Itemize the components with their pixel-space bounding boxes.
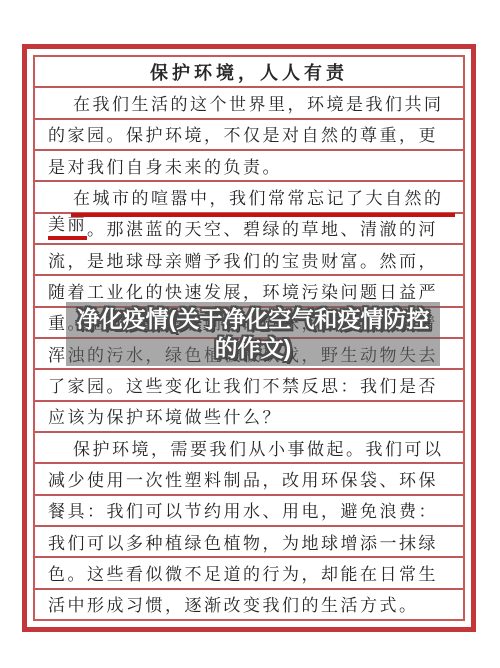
overlay-title-line-2: 的作文) [215,334,292,363]
overlay-title-line-1: 净化疫情(关于净化空气和疫情防控 [77,305,430,334]
red-underlined-word: 美丽 [48,216,87,240]
essay-line-text: 餐具：我们可以节约用水、用电，避免浪费： [48,503,438,522]
essay-line: 的家园。保护环境，不仅是对自然的尊重，更 [35,120,463,151]
essay-line-text: 减少使用一次性塑料制品，改用环保袋、环保 [48,472,438,491]
essay-line: 美丽。那湛蓝的天空、碧绿的草地、清澈的河 [35,214,463,245]
essay-line-underlined: 在城市的喧嚣中，我们常常忘记了大自然的 [35,182,463,213]
essay-line-text: 随着工业化的快速发展，环境污染问题日益严 [48,284,438,303]
essay-line-text: 是对我们自身未来的负责。 [48,159,282,178]
essay-title: 保护环境，人人有责 [150,64,348,84]
essay-line-text: 应该为保护环境做些什么？ [48,409,282,428]
essay-line: 色。这些看似微不足道的行为，却能在日常生 [35,558,463,589]
essay-line: 活中形成习惯，逐渐改变我们的生活方式。 [35,590,463,619]
essay-line: 是对我们自身未来的负责。 [35,151,463,182]
essay-line-text: 。那湛蓝的天空、碧绿的草地、清澈的河 [87,221,438,240]
essay-line: 应该为保护环境做些什么？ [35,402,463,433]
essay-line-text: 活中形成习惯，逐渐改变我们的生活方式。 [48,597,419,616]
essay-line-text: 的家园。保护环境，不仅是对自然的尊重，更 [48,127,438,146]
essay-line-text: 在城市的喧嚣中，我们常常忘记了大自然的 [73,190,444,209]
essay-line-text: 我们可以多种植绿色植物，为地球增添一抹绿 [48,535,438,554]
essay-line: 在我们生活的这个世界里，环境是我们共同 [35,88,463,119]
essay-line-text: 色。这些看似微不足道的行为，却能在日常生 [48,566,438,585]
essay-line-text: 在我们生活的这个世界里，环境是我们共同 [73,96,444,115]
essay-line: 我们可以多种植绿色植物，为地球增添一抹绿 [35,527,463,558]
essay-line: 流，是地球母亲赠予我们的宝贵财富。然而， [35,245,463,276]
essay-line-text: 保护环境，需要我们从小事做起。我们可以 [73,441,444,460]
essay-line-text: 了家园。这些变化让我们不禁反思：我们是否 [48,378,438,397]
essay-line: 保护环境，需要我们从小事做起。我们可以 [35,433,463,464]
essay-line: 了家园。这些变化让我们不禁反思：我们是否 [35,370,463,401]
essay-title-row: 保护环境，人人有责 [35,57,463,88]
essay-line: 餐具：我们可以节约用水、用电，避免浪费： [35,496,463,527]
watermark-title-overlay: 净化疫情(关于净化空气和疫情防控 的作文) [66,302,440,366]
red-underline-full [71,213,455,217]
essay-line-text: 流，是地球母亲赠予我们的宝贵财富。然而， [48,253,438,272]
essay-line: 减少使用一次性塑料制品，改用环保袋、环保 [35,464,463,495]
